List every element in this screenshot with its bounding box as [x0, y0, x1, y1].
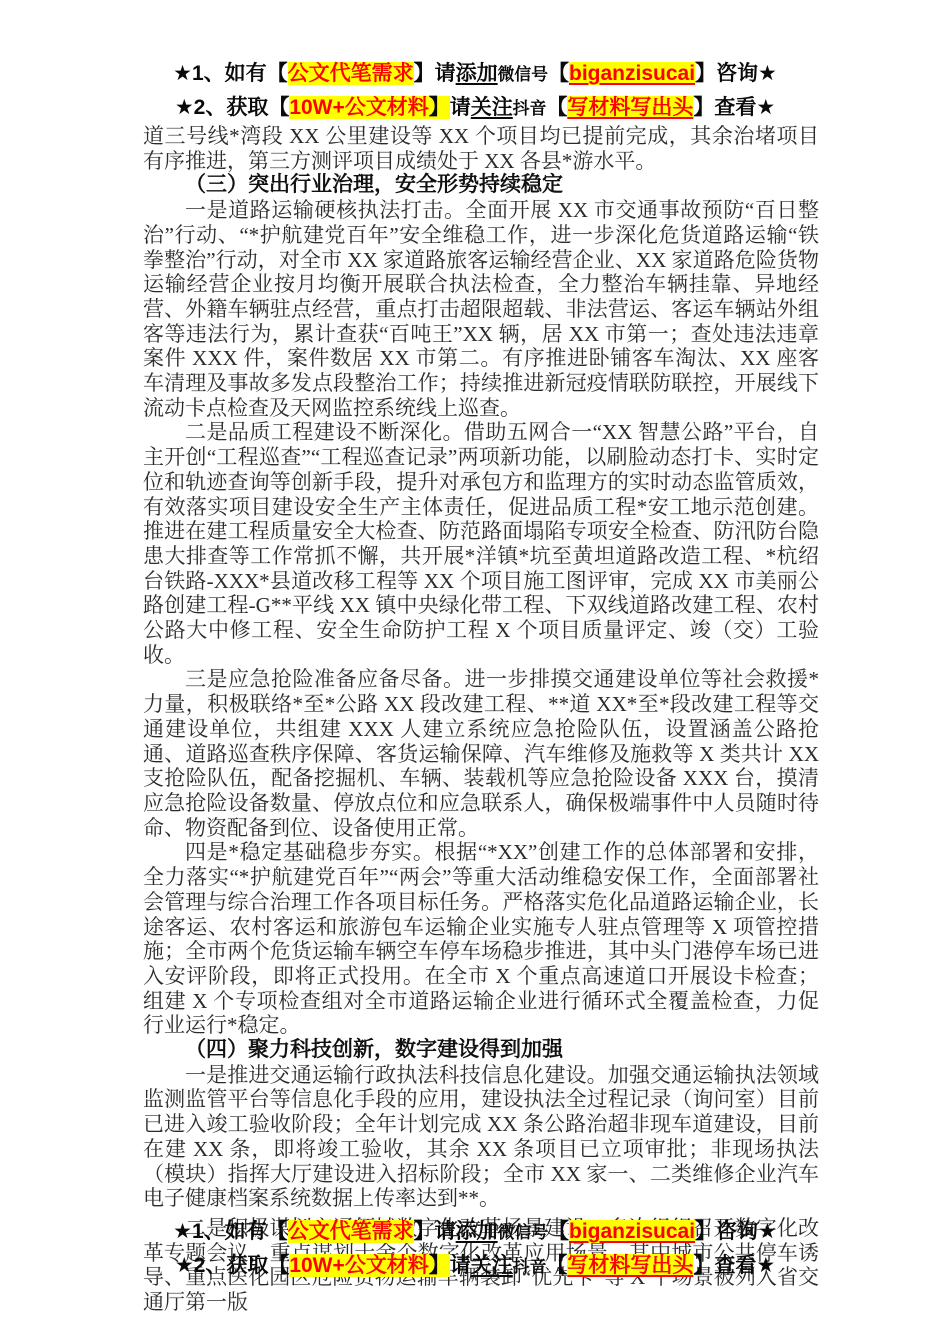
ad-wechat-label: 微信号 [498, 1223, 548, 1242]
section-heading: （三）突出行业治理，安全形势持续稳定 [143, 173, 819, 198]
ad-line-1: ★1、如有【公文代笔需求】请添加微信号【biganzisucai】咨询★ [0, 57, 950, 91]
ad-prefix-2: ★2、获取【 [175, 96, 290, 119]
ad-line-2: ★2、获取【10W+公文材料】请关注抖音【写材料写出头】查看★ [0, 91, 950, 125]
ad-suffix-2: 】查看★ [693, 1254, 775, 1277]
ad-action-add: 添加 [456, 62, 498, 85]
body-paragraph: 二是品质工程建设不断深化。借助五网合一“XX 智慧公路”平台，自主开创“工程巡查… [143, 420, 819, 667]
body-paragraph: 道三号线*湾段 XX 公里建设等 XX 个项目均已提前完成，其余治堵项目有序推进… [143, 124, 819, 173]
ad-bracket: 【 [548, 62, 569, 85]
document-body: 道三号线*湾段 XX 公里建设等 XX 个项目均已提前完成，其余治堵项目有序推进… [143, 124, 819, 1315]
ad-bracket: 【 [546, 1254, 567, 1277]
ad-action-add: 添加 [456, 1220, 498, 1243]
ad-highlight-materials: 10W+公文材料 [289, 1254, 428, 1277]
ad-text: 请 [450, 1254, 471, 1277]
ad-suffix-2: 】查看★ [693, 96, 775, 119]
ad-highlight-materials: 10W+公文材料 [289, 96, 428, 119]
ad-text: 请 [450, 96, 471, 119]
ad-text: 】请 [414, 62, 456, 85]
ad-suffix-1: 】咨询★ [695, 62, 777, 85]
ad-bracket: 【 [548, 1220, 569, 1243]
ad-banner-top: ★1、如有【公文代笔需求】请添加微信号【biganzisucai】咨询★ ★2、… [0, 57, 950, 125]
ad-action-follow: 关注 [471, 1254, 513, 1277]
ad-prefix-1: ★1、如有【 [173, 1220, 288, 1243]
ad-douyin-label: 抖音 [513, 99, 547, 118]
ad-bracket: 】 [429, 1254, 450, 1277]
body-paragraph: 三是应急抢险准备应备尽备。进一步排摸交通建设单位等社会救援*力量，积极联络*至*… [143, 667, 819, 840]
ad-line-2: ★2、获取【10W+公文材料】请关注抖音【写材料写出头】查看★ [0, 1249, 950, 1283]
section-heading: （四）聚力科技创新，数字建设得到加强 [143, 1038, 819, 1063]
ad-action-follow: 关注 [471, 96, 513, 119]
ad-prefix-2: ★2、获取【 [175, 1254, 290, 1277]
ad-suffix-1: 】咨询★ [695, 1220, 777, 1243]
ad-text: 】请 [414, 1220, 456, 1243]
ad-douyin-id: 写材料写出头 [567, 1254, 693, 1277]
ad-line-1: ★1、如有【公文代笔需求】请添加微信号【biganzisucai】咨询★ [0, 1215, 950, 1249]
ad-wechat-label: 微信号 [498, 65, 548, 84]
body-paragraph: 一是推进交通运输行政执法科技信息化建设。加强交通运输执法领域监测监管平台等信息化… [143, 1063, 819, 1211]
ad-douyin-id: 写材料写出头 [567, 96, 693, 119]
ad-wechat-id: biganzisucai [569, 1220, 695, 1243]
ad-banner-bottom: ★1、如有【公文代笔需求】请添加微信号【biganzisucai】咨询★ ★2、… [0, 1215, 950, 1283]
body-paragraph: 四是*稳定基础稳步夯实。根据“*XX”创建工作的总体部署和安排，全力落实“*护航… [143, 840, 819, 1038]
ad-bracket: 【 [546, 96, 567, 119]
ad-douyin-label: 抖音 [513, 1257, 547, 1276]
body-paragraph: 一是道路运输硬核执法打击。全面开展 XX 市交通事故预防“百日整治”行动、“*护… [143, 198, 819, 420]
ad-bracket: 】 [429, 96, 450, 119]
ad-wechat-id: biganzisucai [569, 62, 695, 85]
document-page: ★1、如有【公文代笔需求】请添加微信号【biganzisucai】咨询★ ★2、… [0, 0, 950, 1344]
ad-highlight-service: 公文代笔需求 [288, 62, 414, 85]
ad-prefix-1: ★1、如有【 [173, 62, 288, 85]
ad-highlight-service: 公文代笔需求 [288, 1220, 414, 1243]
